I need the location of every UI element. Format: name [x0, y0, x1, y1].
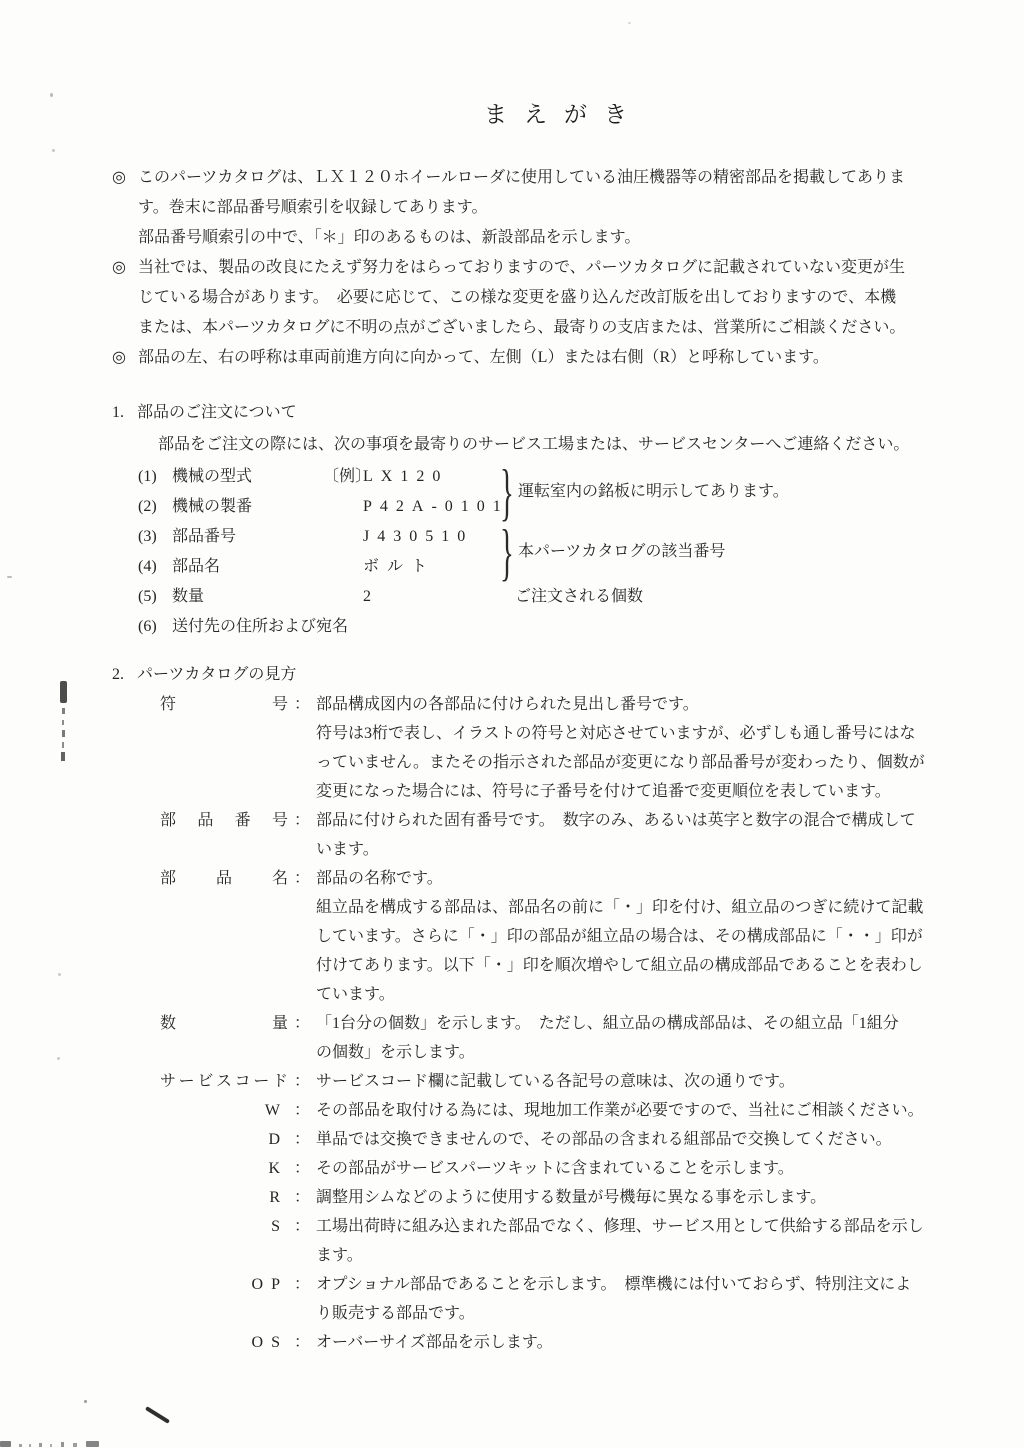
- term-label: 数量: [160, 1009, 288, 1067]
- item-label: 機械の型式: [172, 462, 323, 492]
- service-code-row: K ： その部品がサービスパーツキットに含まれていることを示します。: [160, 1154, 972, 1183]
- service-code-row: S ： 工場出荷時に組み込まれた部品でなく、修理、サービス用として供給する部品を…: [160, 1212, 972, 1270]
- term-label: 部品番号: [160, 806, 288, 864]
- item-label: 部品番号: [172, 522, 323, 552]
- notice-text: または、本パーツカタログに不明の点がございましたら、最寄りの支店または、営業所に…: [138, 313, 942, 343]
- item-number: (1): [138, 462, 172, 492]
- term-row: 部品番号 ： 部品に付けられた固有番号です。 数字のみ、あるいは英字と数字の混合…: [160, 806, 972, 864]
- item-value: J430510: [363, 522, 473, 552]
- service-code: D: [160, 1125, 288, 1154]
- term-row: 数量 ： 「1台分の個数」を示します。 ただし、組立品の構成部品は、その組立品「…: [160, 1009, 972, 1067]
- scanned-parts-catalog-page: { "glyphs": { "bullet": "◎", "colon": "：…: [0, 0, 1024, 1448]
- item-example-prefix: 〔例〕: [323, 462, 363, 492]
- scan-artifact: [628, 22, 631, 24]
- description-line: の個数」を示します。: [316, 1038, 936, 1067]
- notice-text: このパーツカタログは、ＬＸ１２０ホイールローダに使用している油圧機器等の精密部品…: [138, 163, 942, 193]
- section-how-to-read: 2.パーツカタログの見方 符号 ： 部品構成図内の各部品に付けられた見出し番号で…: [112, 660, 972, 1357]
- section-intro: 部品をご注文の際には、次の事項を最寄りのサービス工場または、サービスセンターへご…: [158, 430, 972, 460]
- colon-separator: ：: [288, 1328, 316, 1357]
- description-line: 「1台分の個数」を示します。 ただし、組立品の構成部品は、その組立品「1組分: [316, 1009, 936, 1038]
- item-value: ボルト: [363, 552, 435, 582]
- description-line: オーバーサイズ部品を示します。: [316, 1328, 936, 1357]
- service-code-description: 工場出荷時に組み込まれた部品でなく、修理、サービス用として供給する部品を示し ま…: [316, 1212, 936, 1270]
- term-label: 符号: [160, 690, 288, 806]
- description-line: 部品に付けられた固有番号です。 数字のみ、あるいは英字と数字の混合で構成して: [316, 806, 936, 835]
- description-line: その部品がサービスパーツキットに含まれていることを示します。: [316, 1154, 936, 1183]
- description-line: ています。: [316, 980, 936, 1009]
- term-description: 部品の名称です。 組立品を構成する部品は、部品名の前に「・」印を付け、組立品のつ…: [316, 864, 936, 1009]
- colon-separator: ：: [288, 864, 316, 1009]
- notice-text: す。巻末に部品番号順索引を収録してあります。: [138, 193, 942, 223]
- annotation-text: 本パーツカタログの該当番号: [518, 537, 725, 567]
- item-number: (5): [138, 582, 172, 612]
- service-code-description: その部品を取付ける為には、現地加工作業が必要ですので、当社にご相談ください。: [316, 1096, 936, 1125]
- notice-text: 部品番号順索引の中で、「＊」印のあるものは、新設部品を示します。: [138, 223, 942, 253]
- item-value: LX120: [363, 462, 448, 492]
- scan-artifact: [50, 93, 53, 97]
- double-circle-bullet-icon: ◎: [112, 163, 126, 193]
- item-number: (6): [138, 612, 172, 642]
- item-number: (2): [138, 492, 172, 522]
- curly-brace-icon: }: [500, 521, 514, 583]
- colon-separator: ：: [288, 1009, 316, 1067]
- notice-item: ◎ 部品の左、右の呼称は車両前進方向に向かって、左側（L）または右側（R）と呼称…: [112, 343, 942, 373]
- colon-separator: ：: [288, 1154, 316, 1183]
- service-code-description: その部品がサービスパーツキットに含まれていることを示します。: [316, 1154, 936, 1183]
- service-code-row: W ： その部品を取付ける為には、現地加工作業が必要ですので、当社にご相談くださ…: [160, 1096, 972, 1125]
- scan-artifact: [7, 576, 12, 578]
- section-title: 部品のご注文について: [137, 404, 297, 421]
- service-code-row: OS ： オーバーサイズ部品を示します。: [160, 1328, 972, 1357]
- section-number: 1.: [112, 398, 137, 428]
- colon-separator: ：: [288, 1125, 316, 1154]
- service-code-description: オプショナル部品であることを示します。 標準機には付いておらず、特別注文によ り…: [316, 1270, 936, 1328]
- item-number: (4): [138, 552, 172, 582]
- scan-artifact-smudge: [0, 1429, 99, 1439]
- notice-item: ◎ このパーツカタログは、ＬＸ１２０ホイールローダに使用している油圧機器等の精密…: [112, 163, 942, 253]
- curly-brace-icon: }: [500, 461, 514, 523]
- colon-separator: ：: [288, 1212, 316, 1270]
- brace-annotation: } 本パーツカタログの該当番号: [500, 521, 725, 583]
- double-circle-bullet-icon: ◎: [112, 343, 126, 373]
- service-code-description: 単品では交換できませんので、その部品の含まれる組部品で交換してください。: [316, 1125, 936, 1154]
- notice-text: 部品の左、右の呼称は車両前進方向に向かって、左側（L）または右側（R）と呼称して…: [138, 343, 942, 373]
- item-number: (3): [138, 522, 172, 552]
- description-line: その部品を取付ける為には、現地加工作業が必要ですので、当社にご相談ください。: [316, 1096, 936, 1125]
- scan-artifact: [57, 1057, 60, 1060]
- notice-text: 当社では、製品の改良にたえず努力をはらっておりますので、パーツカタログに記載され…: [138, 253, 942, 283]
- item-note: ご注文される個数: [515, 582, 643, 612]
- description-line: 付けてあります。以下「・」印を順次増やして組立品の構成部品であることを表わし: [316, 951, 936, 980]
- item-label: 数量: [172, 582, 323, 612]
- term-description: 部品構成図内の各部品に付けられた見出し番号です。 符号は3桁で表し、イラストの符…: [316, 690, 936, 806]
- term-row: 符号 ： 部品構成図内の各部品に付けられた見出し番号です。 符号は3桁で表し、イ…: [160, 690, 972, 806]
- term-label: サービスコード: [160, 1067, 288, 1096]
- term-description: サービスコード欄に記載している各記号の意味は、次の通りです。: [316, 1067, 936, 1096]
- colon-separator: ：: [288, 1183, 316, 1212]
- colon-separator: ：: [288, 806, 316, 864]
- section-title: パーツカタログの見方: [137, 666, 296, 683]
- scan-artifact: [58, 973, 61, 976]
- service-code: W: [160, 1096, 288, 1125]
- description-line: 単品では交換できませんので、その部品の含まれる組部品で交換してください。: [316, 1125, 936, 1154]
- description-line: り販売する部品です。: [316, 1299, 936, 1328]
- description-line: しています。さらに「・」印の部品が組立品の場合は、その構成部品に「・・」印が: [316, 922, 936, 951]
- description-line: 組立品を構成する部品は、部品名の前に「・」印を付け、組立品のつぎに続けて記載: [316, 893, 936, 922]
- colon-separator: ：: [288, 1067, 316, 1096]
- section-heading: 1.部品のご注文について: [112, 398, 972, 428]
- service-code: K: [160, 1154, 288, 1183]
- item-example-prefix: [323, 492, 363, 522]
- service-code: OS: [160, 1328, 288, 1357]
- scan-artifact-pen-stroke: [145, 1406, 170, 1424]
- service-code-description: 調整用シムなどのように使用する数量が号機毎に異なる事を示します。: [316, 1183, 936, 1212]
- order-item-list: (1) 機械の型式 〔例〕 LX120 (2) 機械の製番 P42A-0101 …: [138, 462, 972, 642]
- colon-separator: ：: [288, 690, 316, 806]
- double-circle-bullet-icon: ◎: [112, 253, 126, 283]
- description-line: オプショナル部品であることを示します。 標準機には付いておらず、特別注文によ: [316, 1270, 936, 1299]
- section-heading: 2.パーツカタログの見方: [112, 660, 972, 690]
- description-line: 調整用シムなどのように使用する数量が号機毎に異なる事を示します。: [316, 1183, 936, 1212]
- notice-text: じている場合があります。 必要に応じて、この様な変更を盛り込んだ改訂版を出してお…: [138, 283, 942, 313]
- description-line: います。: [316, 835, 936, 864]
- term-row: 部品名 ： 部品の名称です。 組立品を構成する部品は、部品名の前に「・」印を付け…: [160, 864, 972, 1009]
- item-label: 部品名: [172, 552, 323, 582]
- service-code: S: [160, 1212, 288, 1270]
- item-example-prefix: [323, 522, 363, 552]
- scan-artifact: [52, 149, 55, 152]
- item-label: 送付先の住所および宛名: [172, 612, 323, 642]
- description-line: 部品構成図内の各部品に付けられた見出し番号です。: [316, 690, 936, 719]
- service-code-row: R ： 調整用シムなどのように使用する数量が号機毎に異なる事を示します。: [160, 1183, 972, 1212]
- colon-separator: ：: [288, 1096, 316, 1125]
- item-example-prefix: [323, 552, 363, 582]
- term-row: サービスコード ： サービスコード欄に記載している各記号の意味は、次の通りです。: [160, 1067, 972, 1096]
- colon-separator: ：: [288, 1270, 316, 1328]
- description-line: 部品の名称です。: [316, 864, 936, 893]
- term-definition-list: 符号 ： 部品構成図内の各部品に付けられた見出し番号です。 符号は3桁で表し、イ…: [160, 690, 972, 1357]
- description-line: 変更になった場合には、符号に子番号を付けて追番で変更順位を表しています。: [316, 777, 936, 806]
- description-line: 符号は3桁で表し、イラストの符号と対応させていますが、必ずしも通し番号にはな: [316, 719, 936, 748]
- scan-artifact-smudge: [59, 681, 67, 761]
- description-line: っていません。またその指示された部品が変更になり部品番号が変わったり、個数が: [316, 748, 936, 777]
- item-label: 機械の製番: [172, 492, 323, 522]
- item-example-prefix: [323, 582, 363, 612]
- order-item: (6) 送付先の住所および宛名: [138, 612, 972, 642]
- preface-notices: ◎ このパーツカタログは、ＬＸ１２０ホイールローダに使用している油圧機器等の精密…: [112, 163, 942, 373]
- service-code-description: オーバーサイズ部品を示します。: [316, 1328, 936, 1357]
- term-description: 部品に付けられた固有番号です。 数字のみ、あるいは英字と数字の混合で構成して い…: [316, 806, 936, 864]
- scan-artifact: [84, 1400, 87, 1403]
- notice-item: ◎ 当社では、製品の改良にたえず努力をはらっておりますので、パーツカタログに記載…: [112, 253, 942, 343]
- service-code: R: [160, 1183, 288, 1212]
- section-number: 2.: [112, 660, 137, 690]
- section-ordering-parts: 1.部品のご注文について 部品をご注文の際には、次の事項を最寄りのサービス工場ま…: [112, 398, 972, 642]
- description-line: 工場出荷時に組み込まれた部品でなく、修理、サービス用として供給する部品を示し: [316, 1212, 936, 1241]
- service-code-row: OP ： オプショナル部品であることを示します。 標準機には付いておらず、特別注…: [160, 1270, 972, 1328]
- description-line: サービスコード欄に記載している各記号の意味は、次の通りです。: [316, 1067, 936, 1096]
- brace-annotation: } 運転室内の銘板に明示してあります。: [500, 461, 789, 523]
- description-line: ます。: [316, 1241, 936, 1270]
- annotation-text: 運転室内の銘板に明示してあります。: [518, 477, 789, 507]
- service-code-row: D ： 単品では交換できませんので、その部品の含まれる組部品で交換してください。: [160, 1125, 972, 1154]
- term-description: 「1台分の個数」を示します。 ただし、組立品の構成部品は、その組立品「1組分 の…: [316, 1009, 936, 1067]
- item-value: P42A-0101: [363, 492, 509, 522]
- service-code: OP: [160, 1270, 288, 1328]
- page-title: まえがき: [484, 96, 644, 129]
- order-item: (5) 数量 2 ご注文される個数: [138, 582, 972, 612]
- term-label: 部品名: [160, 864, 288, 1009]
- item-value: 2: [363, 582, 379, 612]
